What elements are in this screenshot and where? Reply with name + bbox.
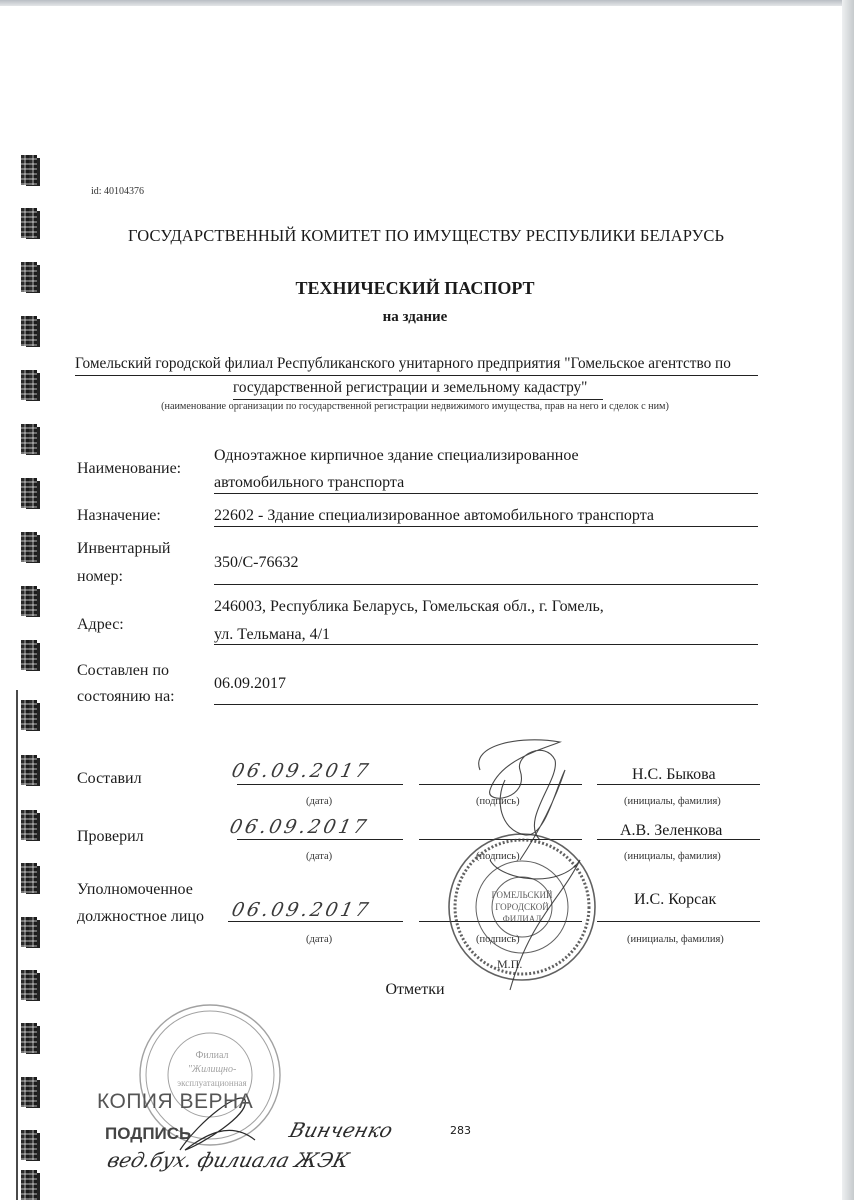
compiled-name: Н.С. Быкова bbox=[632, 766, 716, 784]
address-value-line-1: 246003, Республика Беларусь, Гомельская … bbox=[214, 598, 604, 616]
authorized-name: И.С. Корсак bbox=[634, 891, 716, 909]
compiled-signature-line bbox=[419, 784, 582, 785]
checked-name-caption: (инициалы, фамилия) bbox=[624, 851, 721, 862]
address-underline bbox=[214, 644, 758, 645]
document-id: id: 40104376 bbox=[91, 186, 144, 197]
name-value-line-2: автомобильного транспорта bbox=[214, 474, 404, 492]
copy-signature-label: ПОДПИСЬ bbox=[105, 1124, 191, 1144]
marks-heading: Отметки bbox=[0, 981, 830, 999]
inventory-label-line-1: Инвентарный bbox=[77, 540, 170, 558]
purpose-label: Назначение: bbox=[77, 507, 161, 525]
committee-heading: ГОСУДАРСТВЕННЫЙ КОМИТЕТ ПО ИМУЩЕСТВУ РЕС… bbox=[128, 226, 724, 246]
seal-place-label: М.П. bbox=[497, 957, 522, 972]
name-value-line-1: Одноэтажное кирпичное здание специализир… bbox=[214, 447, 579, 465]
organization-line-2: государственной регистрации и земельному… bbox=[233, 379, 587, 397]
binding-edge bbox=[16, 690, 18, 1200]
inventory-label-line-2: номер: bbox=[77, 568, 123, 586]
state-underline bbox=[214, 704, 758, 705]
authorized-label-line-1: Уполномоченное bbox=[77, 881, 193, 899]
authorized-date-caption: (дата) bbox=[306, 934, 332, 945]
purpose-value: 22602 - Здание специализированное автомо… bbox=[214, 507, 654, 525]
address-value-line-2: ул. Тельмана, 4/1 bbox=[214, 626, 330, 644]
document-title: ТЕХНИЧЕСКИЙ ПАСПОРТ bbox=[0, 278, 830, 299]
organization-caption: (наименование организации по государстве… bbox=[0, 401, 830, 412]
copy-certified-stamp: КОПИЯ ВЕРНА bbox=[97, 1090, 253, 1114]
checked-name: А.В. Зеленкова bbox=[620, 822, 722, 840]
checked-date-line bbox=[237, 839, 403, 840]
authorized-date-line bbox=[228, 921, 403, 922]
state-label-line-1: Составлен по bbox=[77, 662, 169, 680]
svg-text:"Жилищно-: "Жилищно- bbox=[188, 1064, 237, 1075]
compiled-name-caption: (инициалы, фамилия) bbox=[624, 796, 721, 807]
copy-handwriting-name: Винченко bbox=[287, 1118, 396, 1142]
authorized-name-caption: (инициалы, фамилия) bbox=[627, 934, 724, 945]
state-label-line-2: состоянию на: bbox=[77, 688, 175, 706]
compiled-signature-caption: (подпись) bbox=[476, 796, 520, 807]
purpose-underline bbox=[214, 526, 758, 527]
checked-signature-line bbox=[419, 839, 582, 840]
copy-handwriting-position: вед.бух. филиала ЖЭК bbox=[105, 1148, 352, 1172]
svg-text:ФИЛИАЛ: ФИЛИАЛ bbox=[503, 914, 542, 924]
name-label: Наименование: bbox=[77, 460, 181, 478]
checked-date: 06.09.2017 bbox=[228, 816, 371, 838]
svg-text:ГОРОДСКОЙ: ГОРОДСКОЙ bbox=[495, 902, 549, 912]
svg-text:ГОМЕЛЬСКИЙ: ГОМЕЛЬСКИЙ bbox=[492, 890, 553, 900]
compiled-name-line bbox=[597, 784, 760, 785]
organization-line-1: Гомельский городской филиал Республиканс… bbox=[75, 355, 731, 373]
name-underline bbox=[214, 493, 758, 494]
organization-underline-1 bbox=[75, 375, 758, 376]
authorized-date: 06.09.2017 bbox=[230, 899, 373, 921]
compiled-date-caption: (дата) bbox=[306, 796, 332, 807]
authorized-signature-line bbox=[419, 921, 582, 922]
svg-text:эксплуатационная: эксплуатационная bbox=[177, 1078, 246, 1088]
checked-date-caption: (дата) bbox=[306, 851, 332, 862]
organization-underline-2 bbox=[233, 399, 603, 400]
authorized-name-line bbox=[597, 921, 760, 922]
authorized-signature-caption: (подпись) bbox=[476, 934, 520, 945]
checked-signature-caption: (подпись) bbox=[476, 851, 520, 862]
inventory-value: 350/С-76632 bbox=[214, 554, 298, 572]
inventory-underline bbox=[214, 584, 758, 585]
compiled-label: Составил bbox=[77, 770, 142, 788]
state-value: 06.09.2017 bbox=[214, 675, 286, 693]
svg-text:Филиал: Филиал bbox=[195, 1050, 228, 1061]
signature-scribble-icon bbox=[479, 740, 580, 990]
address-label: Адрес: bbox=[77, 616, 124, 634]
scan-edge-top bbox=[0, 0, 854, 6]
authorized-label-line-2: должностное лицо bbox=[77, 908, 204, 926]
page-number: 283 bbox=[450, 1124, 471, 1137]
compiled-date: 06.09.2017 bbox=[230, 760, 373, 782]
document-subtitle: на здание bbox=[0, 309, 830, 326]
scan-edge-right bbox=[842, 0, 854, 1200]
compiled-date-line bbox=[237, 784, 403, 785]
checked-label: Проверил bbox=[77, 828, 144, 846]
